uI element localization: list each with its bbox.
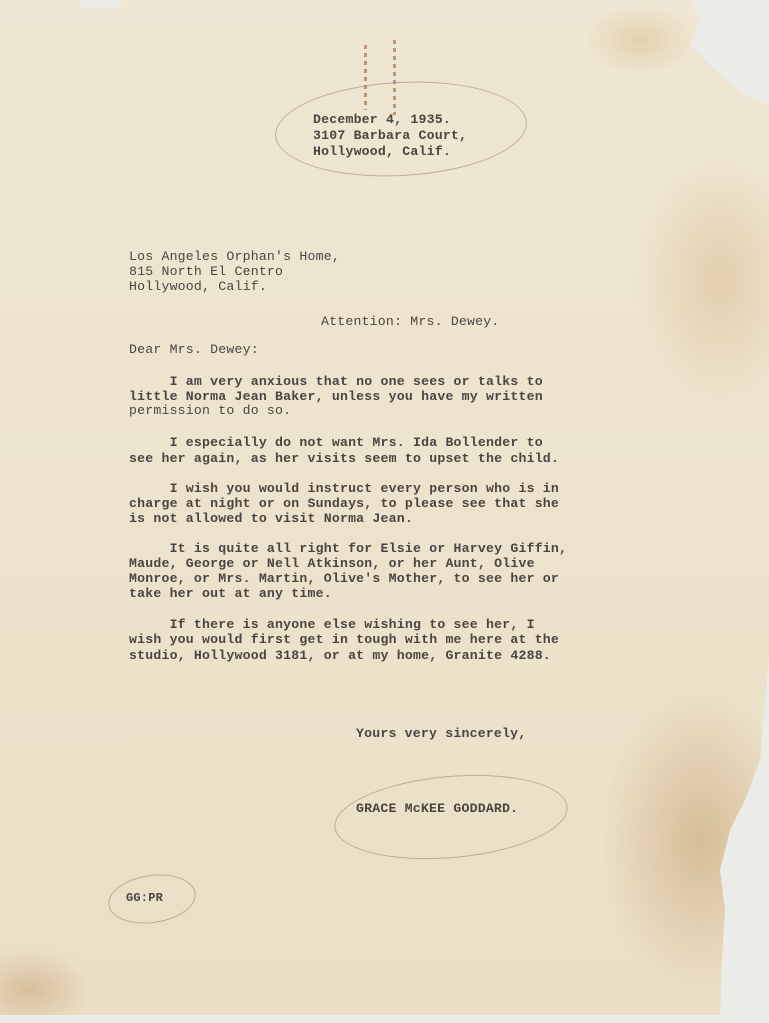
attention-line: Attention: Mrs. Dewey. [321, 314, 500, 329]
recipient-line1: Los Angeles Orphan's Home, [129, 249, 340, 264]
closing: Yours very sincerely, [356, 726, 526, 741]
recipient-line3: Hollywood, Calif. [129, 279, 267, 294]
body-line: take her out at any time. [129, 586, 332, 601]
body-line: permission to do so. [129, 403, 291, 418]
body-line: If there is anyone else wishing to see h… [129, 617, 535, 632]
letter-date: December 4, 1935. [313, 112, 451, 127]
body-line: studio, Hollywood 3181, or at my home, G… [129, 648, 551, 663]
body-line: see her again, as her visits seem to ups… [129, 451, 559, 466]
body-line: is not allowed to visit Norma Jean. [129, 511, 413, 526]
body-line: Maude, George or Nell Atkinson, or her A… [129, 556, 535, 571]
signature-name: GRACE McKEE GODDARD. [356, 801, 518, 816]
body-line: Monroe, or Mrs. Martin, Olive's Mother, … [129, 571, 559, 586]
salutation: Dear Mrs. Dewey: [129, 342, 259, 357]
typist-initials: GG:PR [126, 891, 163, 906]
body-line: I wish you would instruct every person w… [129, 481, 559, 496]
body-line: wish you would first get in tough with m… [129, 632, 559, 647]
recipient-line2: 815 North El Centro [129, 264, 283, 279]
body-line: I am very anxious that no one sees or ta… [129, 374, 543, 389]
body-line: It is quite all right for Elsie or Harve… [129, 541, 567, 556]
body-line: I especially do not want Mrs. Ida Bollen… [129, 435, 543, 450]
sender-address-line1: 3107 Barbara Court, [313, 128, 467, 143]
body-line: charge at night or on Sundays, to please… [129, 496, 559, 511]
body-line: little Norma Jean Baker, unless you have… [129, 389, 543, 404]
sender-address-line2: Hollywood, Calif. [313, 144, 451, 159]
